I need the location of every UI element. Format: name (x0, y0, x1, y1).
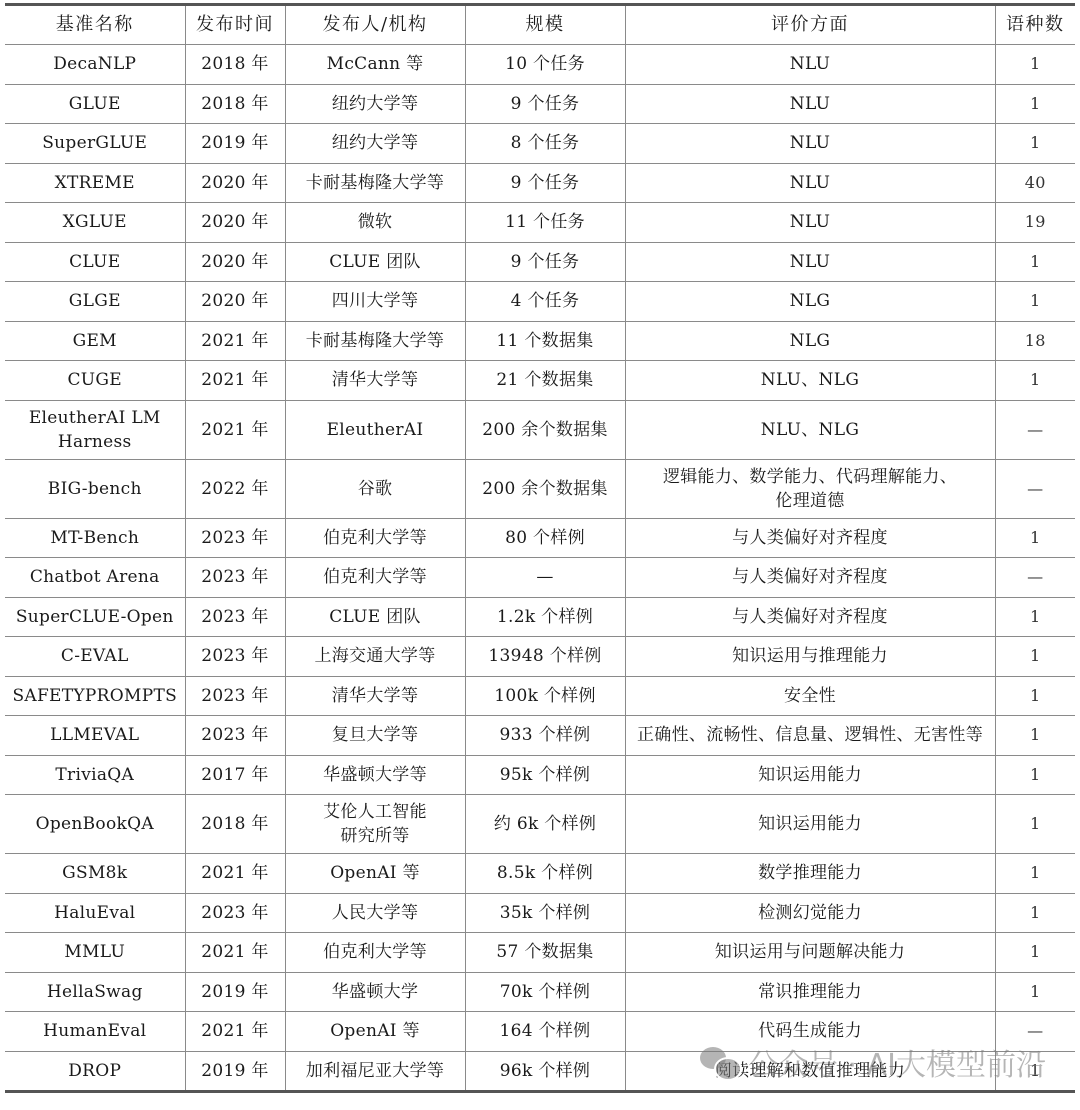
cell-release-date: 2021 年 (185, 1012, 285, 1052)
table-row: OpenBookQA2018 年艾伦人工智能研究所等约 6k 个样例知识运用能力… (5, 795, 1075, 854)
cell-publisher: 微软 (285, 203, 465, 243)
header-language-count: 语种数 (995, 5, 1075, 45)
cell-evaluation-aspect: 正确性、流畅性、信息量、逻辑性、无害性等 (625, 716, 995, 756)
table-row: DecaNLP2018 年McCann 等10 个任务NLU1 (5, 45, 1075, 85)
header-scale: 规模 (465, 5, 625, 45)
cell-language-count: 1 (995, 242, 1075, 282)
cell-scale: 70k 个样例 (465, 972, 625, 1012)
cell-evaluation-aspect: 与人类偏好对齐程度 (625, 597, 995, 637)
cell-release-date: 2021 年 (185, 321, 285, 361)
cell-release-date: 2018 年 (185, 45, 285, 85)
cell-release-date: 2019 年 (185, 124, 285, 164)
table-row: GEM2021 年卡耐基梅隆大学等11 个数据集NLG18 (5, 321, 1075, 361)
cell-benchmark-name: CLUE (5, 242, 185, 282)
table-row: EleutherAI LMHarness2021 年EleutherAI200 … (5, 400, 1075, 459)
cell-release-date: 2021 年 (185, 854, 285, 894)
cell-publisher: 华盛顿大学 (285, 972, 465, 1012)
cell-language-count: 1 (995, 716, 1075, 756)
cell-publisher: 华盛顿大学等 (285, 755, 465, 795)
cell-benchmark-name: SAFETYPROMPTS (5, 676, 185, 716)
cell-evaluation-aspect: 与人类偏好对齐程度 (625, 518, 995, 558)
cell-scale: 10 个任务 (465, 45, 625, 85)
cell-benchmark-name: DecaNLP (5, 45, 185, 85)
table-row: HellaSwag2019 年华盛顿大学70k 个样例常识推理能力1 (5, 972, 1075, 1012)
cell-publisher: 加利福尼亚大学等 (285, 1051, 465, 1092)
cell-publisher: 卡耐基梅隆大学等 (285, 163, 465, 203)
cell-language-count: — (995, 558, 1075, 598)
cell-benchmark-name: GLGE (5, 282, 185, 322)
cell-release-date: 2017 年 (185, 755, 285, 795)
cell-publisher: 卡耐基梅隆大学等 (285, 321, 465, 361)
table-row: GSM8k2021 年OpenAI 等8.5k 个样例数学推理能力1 (5, 854, 1075, 894)
cell-scale: 13948 个样例 (465, 637, 625, 677)
table-row: Chatbot Arena2023 年伯克利大学等—与人类偏好对齐程度— (5, 558, 1075, 598)
cell-evaluation-aspect: 代码生成能力 (625, 1012, 995, 1052)
cell-evaluation-aspect: NLU (625, 242, 995, 282)
cell-scale: 933 个样例 (465, 716, 625, 756)
cell-language-count: 1 (995, 361, 1075, 401)
cell-scale: 9 个任务 (465, 84, 625, 124)
cell-scale: 8.5k 个样例 (465, 854, 625, 894)
cell-evaluation-aspect: 常识推理能力 (625, 972, 995, 1012)
cell-publisher: 艾伦人工智能研究所等 (285, 795, 465, 854)
table-row: C-EVAL2023 年上海交通大学等13948 个样例知识运用与推理能力1 (5, 637, 1075, 677)
cell-evaluation-aspect: NLU、NLG (625, 361, 995, 401)
cell-evaluation-aspect: 安全性 (625, 676, 995, 716)
cell-language-count: 1 (995, 854, 1075, 894)
cell-publisher: 人民大学等 (285, 893, 465, 933)
cell-benchmark-name: GLUE (5, 84, 185, 124)
cell-benchmark-name: LLMEVAL (5, 716, 185, 756)
cell-release-date: 2023 年 (185, 637, 285, 677)
cell-publisher: EleutherAI (285, 400, 465, 459)
cell-benchmark-name: GEM (5, 321, 185, 361)
cell-release-date: 2020 年 (185, 163, 285, 203)
table-row: GLUE2018 年纽约大学等9 个任务NLU1 (5, 84, 1075, 124)
cell-publisher: OpenAI 等 (285, 1012, 465, 1052)
cell-benchmark-name: MMLU (5, 933, 185, 973)
cell-scale: 35k 个样例 (465, 893, 625, 933)
cell-release-date: 2020 年 (185, 282, 285, 322)
cell-scale: 200 余个数据集 (465, 400, 625, 459)
cell-language-count: 1 (995, 795, 1075, 854)
cell-publisher: 上海交通大学等 (285, 637, 465, 677)
cell-evaluation-aspect: 阅读理解和数值推理能力 (625, 1051, 995, 1092)
table-row: HaluEval2023 年人民大学等35k 个样例检测幻觉能力1 (5, 893, 1075, 933)
table-row: GLGE2020 年四川大学等4 个任务NLG1 (5, 282, 1075, 322)
cell-release-date: 2018 年 (185, 84, 285, 124)
cell-language-count: 19 (995, 203, 1075, 243)
table-row: CLUE2020 年CLUE 团队9 个任务NLU1 (5, 242, 1075, 282)
cell-benchmark-name: MT-Bench (5, 518, 185, 558)
cell-scale: 11 个任务 (465, 203, 625, 243)
cell-benchmark-name: SuperGLUE (5, 124, 185, 164)
cell-language-count: 1 (995, 518, 1075, 558)
cell-benchmark-name: TriviaQA (5, 755, 185, 795)
cell-release-date: 2023 年 (185, 893, 285, 933)
cell-language-count: 1 (995, 676, 1075, 716)
cell-language-count: 1 (995, 597, 1075, 637)
header-evaluation-aspect: 评价方面 (625, 5, 995, 45)
cell-scale: 1.2k 个样例 (465, 597, 625, 637)
cell-benchmark-name: HaluEval (5, 893, 185, 933)
cell-publisher: 清华大学等 (285, 361, 465, 401)
table-row: HumanEval2021 年OpenAI 等164 个样例代码生成能力— (5, 1012, 1075, 1052)
cell-benchmark-name: HumanEval (5, 1012, 185, 1052)
cell-scale: 11 个数据集 (465, 321, 625, 361)
cell-benchmark-name: DROP (5, 1051, 185, 1092)
cell-release-date: 2021 年 (185, 933, 285, 973)
header-benchmark-name: 基准名称 (5, 5, 185, 45)
cell-scale: 80 个样例 (465, 518, 625, 558)
cell-release-date: 2022 年 (185, 459, 285, 518)
cell-benchmark-name: GSM8k (5, 854, 185, 894)
cell-publisher: 四川大学等 (285, 282, 465, 322)
cell-publisher: 清华大学等 (285, 676, 465, 716)
cell-release-date: 2020 年 (185, 242, 285, 282)
cell-publisher: McCann 等 (285, 45, 465, 85)
cell-evaluation-aspect: NLU (625, 84, 995, 124)
cell-release-date: 2023 年 (185, 676, 285, 716)
cell-release-date: 2019 年 (185, 972, 285, 1012)
cell-language-count: 1 (995, 933, 1075, 973)
cell-publisher: 伯克利大学等 (285, 933, 465, 973)
cell-evaluation-aspect: NLU (625, 124, 995, 164)
cell-benchmark-name: XTREME (5, 163, 185, 203)
cell-language-count: 1 (995, 1051, 1075, 1092)
cell-evaluation-aspect: NLG (625, 321, 995, 361)
table-row: LLMEVAL2023 年复旦大学等933 个样例正确性、流畅性、信息量、逻辑性… (5, 716, 1075, 756)
cell-scale: 4 个任务 (465, 282, 625, 322)
cell-publisher: 纽约大学等 (285, 124, 465, 164)
cell-language-count: — (995, 1012, 1075, 1052)
cell-language-count: 1 (995, 893, 1075, 933)
cell-release-date: 2018 年 (185, 795, 285, 854)
cell-language-count: 18 (995, 321, 1075, 361)
cell-publisher: OpenAI 等 (285, 854, 465, 894)
cell-benchmark-name: BIG-bench (5, 459, 185, 518)
cell-release-date: 2023 年 (185, 597, 285, 637)
cell-scale: 9 个任务 (465, 163, 625, 203)
table-row: XTREME2020 年卡耐基梅隆大学等9 个任务NLU40 (5, 163, 1075, 203)
cell-release-date: 2023 年 (185, 558, 285, 598)
cell-publisher: 纽约大学等 (285, 84, 465, 124)
table-body: DecaNLP2018 年McCann 等10 个任务NLU1GLUE2018 … (5, 45, 1075, 1092)
table-header-row: 基准名称 发布时间 发布人/机构 规模 评价方面 语种数 (5, 5, 1075, 45)
cell-release-date: 2021 年 (185, 361, 285, 401)
cell-scale: 200 余个数据集 (465, 459, 625, 518)
cell-scale: 164 个样例 (465, 1012, 625, 1052)
benchmark-table-container: 基准名称 发布时间 发布人/机构 规模 评价方面 语种数 DecaNLP2018… (5, 3, 1075, 1093)
cell-evaluation-aspect: NLG (625, 282, 995, 322)
table-row: SAFETYPROMPTS2023 年清华大学等100k 个样例安全性1 (5, 676, 1075, 716)
benchmark-table: 基准名称 发布时间 发布人/机构 规模 评价方面 语种数 DecaNLP2018… (5, 3, 1075, 1093)
cell-scale: 21 个数据集 (465, 361, 625, 401)
cell-release-date: 2023 年 (185, 518, 285, 558)
cell-evaluation-aspect: 知识运用与问题解决能力 (625, 933, 995, 973)
cell-scale: — (465, 558, 625, 598)
cell-release-date: 2023 年 (185, 716, 285, 756)
cell-benchmark-name: HellaSwag (5, 972, 185, 1012)
cell-language-count: — (995, 400, 1075, 459)
table-row: DROP2019 年加利福尼亚大学等96k 个样例阅读理解和数值推理能力1 (5, 1051, 1075, 1092)
cell-benchmark-name: C-EVAL (5, 637, 185, 677)
cell-publisher: CLUE 团队 (285, 242, 465, 282)
table-row: SuperCLUE-Open2023 年CLUE 团队1.2k 个样例与人类偏好… (5, 597, 1075, 637)
cell-evaluation-aspect: 数学推理能力 (625, 854, 995, 894)
cell-language-count: 1 (995, 755, 1075, 795)
cell-language-count: 1 (995, 45, 1075, 85)
cell-benchmark-name: OpenBookQA (5, 795, 185, 854)
cell-evaluation-aspect: 知识运用能力 (625, 755, 995, 795)
cell-language-count: 1 (995, 972, 1075, 1012)
cell-release-date: 2019 年 (185, 1051, 285, 1092)
table-row: MT-Bench2023 年伯克利大学等80 个样例与人类偏好对齐程度1 (5, 518, 1075, 558)
header-publisher: 发布人/机构 (285, 5, 465, 45)
cell-release-date: 2021 年 (185, 400, 285, 459)
cell-publisher: 谷歌 (285, 459, 465, 518)
cell-evaluation-aspect: NLU (625, 45, 995, 85)
cell-language-count: 1 (995, 84, 1075, 124)
cell-publisher: 复旦大学等 (285, 716, 465, 756)
cell-evaluation-aspect: NLU (625, 163, 995, 203)
cell-language-count: — (995, 459, 1075, 518)
cell-language-count: 1 (995, 282, 1075, 322)
cell-benchmark-name: CUGE (5, 361, 185, 401)
cell-scale: 8 个任务 (465, 124, 625, 164)
cell-evaluation-aspect: 知识运用与推理能力 (625, 637, 995, 677)
table-row: XGLUE2020 年微软11 个任务NLU19 (5, 203, 1075, 243)
cell-publisher: 伯克利大学等 (285, 558, 465, 598)
cell-evaluation-aspect: 知识运用能力 (625, 795, 995, 854)
cell-scale: 100k 个样例 (465, 676, 625, 716)
table-row: MMLU2021 年伯克利大学等57 个数据集知识运用与问题解决能力1 (5, 933, 1075, 973)
header-release-date: 发布时间 (185, 5, 285, 45)
cell-benchmark-name: EleutherAI LMHarness (5, 400, 185, 459)
cell-benchmark-name: SuperCLUE-Open (5, 597, 185, 637)
cell-publisher: CLUE 团队 (285, 597, 465, 637)
cell-scale: 57 个数据集 (465, 933, 625, 973)
cell-publisher: 伯克利大学等 (285, 518, 465, 558)
table-row: SuperGLUE2019 年纽约大学等8 个任务NLU1 (5, 124, 1075, 164)
cell-language-count: 1 (995, 637, 1075, 677)
cell-language-count: 1 (995, 124, 1075, 164)
cell-evaluation-aspect: 检测幻觉能力 (625, 893, 995, 933)
cell-benchmark-name: Chatbot Arena (5, 558, 185, 598)
cell-release-date: 2020 年 (185, 203, 285, 243)
cell-evaluation-aspect: 与人类偏好对齐程度 (625, 558, 995, 598)
cell-language-count: 40 (995, 163, 1075, 203)
cell-scale: 约 6k 个样例 (465, 795, 625, 854)
table-row: CUGE2021 年清华大学等21 个数据集NLU、NLG1 (5, 361, 1075, 401)
cell-scale: 96k 个样例 (465, 1051, 625, 1092)
cell-benchmark-name: XGLUE (5, 203, 185, 243)
cell-scale: 95k 个样例 (465, 755, 625, 795)
table-row: TriviaQA2017 年华盛顿大学等95k 个样例知识运用能力1 (5, 755, 1075, 795)
cell-evaluation-aspect: 逻辑能力、数学能力、代码理解能力、伦理道德 (625, 459, 995, 518)
table-row: BIG-bench2022 年谷歌200 余个数据集逻辑能力、数学能力、代码理解… (5, 459, 1075, 518)
cell-scale: 9 个任务 (465, 242, 625, 282)
cell-evaluation-aspect: NLU、NLG (625, 400, 995, 459)
cell-evaluation-aspect: NLU (625, 203, 995, 243)
